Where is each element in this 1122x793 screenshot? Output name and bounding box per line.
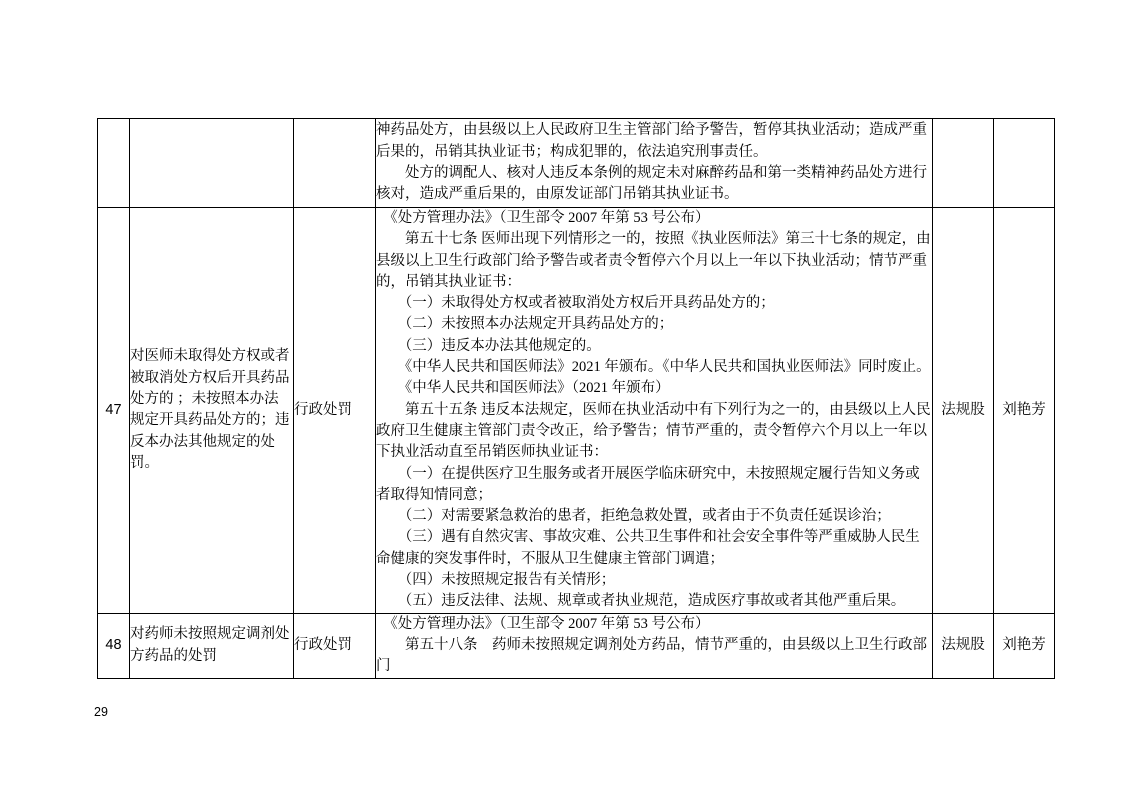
responsible-person-cell: 刘艳芳 (994, 613, 1055, 678)
basis-paragraph: （一）未取得处方权或者被取消处方权后开具药品处方的； (376, 293, 932, 314)
table-row-48: 48 对药师未按照规定调剂处方药品的处罚 行政处罚 《处方管理办法》（卫生部令 … (98, 613, 1055, 678)
table-row-47: 47 对医师未取得处方权或者被取消处方权后开具药品处方的 ；未按照本办法规定开具… (98, 208, 1055, 614)
basis-paragraph: 神药品处方，由县级以上人民政府卫生主管部门给予警告，暂停其执业活动；造成严重后果… (376, 120, 932, 163)
responsible-person-cell: 刘艳芳 (994, 208, 1055, 614)
penalty-type-cell (294, 119, 376, 208)
basis-paragraph: （一）在提供医疗卫生服务或者开展医学临床研究中，未按照规定履行告知义务或者取得知… (376, 464, 932, 507)
page-number: 29 (94, 705, 108, 719)
legal-basis-cell: 《处方管理办法》（卫生部令 2007 年第 53 号公布）第五十七条 医师出现下… (376, 208, 933, 614)
department-cell: 法规股 (933, 208, 994, 614)
penalty-item-cell: 对医师未取得处方权或者被取消处方权后开具药品处方的 ；未按照本办法规定开具药品处… (130, 208, 294, 614)
department-cell (933, 119, 994, 208)
basis-paragraph: 第五十八条 药师未按照规定调剂处方药品，情节严重的，由县级以上卫生行政部门 (376, 635, 932, 678)
basis-paragraph: （二）未按照本办法规定开具药品处方的； (376, 314, 932, 335)
basis-paragraph: （三）遇有自然灾害、事故灾难、公共卫生事件和社会安全事件等严重威胁人民生命健康的… (376, 527, 932, 570)
document-page: 神药品处方，由县级以上人民政府卫生主管部门给予警告，暂停其执业活动；造成严重后果… (0, 0, 1122, 793)
basis-paragraph: 《中华人民共和国医师法》2021 年颁布。《中华人民共和国执业医师法》同时废止。 (376, 357, 932, 378)
penalty-item-cell: 对药师未按照规定调剂处方药品的处罚 (130, 613, 294, 678)
legal-basis-text: 神药品处方，由县级以上人民政府卫生主管部门给予警告，暂停其执业活动；造成严重后果… (376, 120, 932, 205)
department-cell: 法规股 (933, 613, 994, 678)
responsible-person-cell (994, 119, 1055, 208)
penalty-type-cell: 行政处罚 (294, 208, 376, 614)
legal-basis-cell: 神药品处方，由县级以上人民政府卫生主管部门给予警告，暂停其执业活动；造成严重后果… (376, 119, 933, 208)
basis-paragraph: （三）违反本办法其他规定的。 (376, 336, 932, 357)
basis-paragraph: 第五十五条 违反本法规定，医师在执业活动中有下列行为之一的，由县级以上人民政府卫… (376, 400, 932, 464)
basis-paragraph: 第五十七条 医师出现下列情形之一的，按照《执业医师法》第三十七条的规定，由县级以… (376, 229, 932, 293)
basis-paragraph: （四）未按照规定报告有关情形； (376, 570, 932, 591)
basis-paragraph: 处方的调配人、核对人违反本条例的规定未对麻醉药品和第一类精神药品处方进行核对，造… (376, 163, 932, 206)
row-number-cell: 48 (98, 613, 130, 678)
legal-basis-text: 《处方管理办法》（卫生部令 2007 年第 53 号公布）第五十七条 医师出现下… (376, 208, 932, 613)
penalty-type-cell: 行政处罚 (294, 613, 376, 678)
legal-basis-cell: 《处方管理办法》（卫生部令 2007 年第 53 号公布）第五十八条 药师未按照… (376, 613, 933, 678)
basis-paragraph: （五）违反法律、法规、规章或者执业规范，造成医疗事故或者其他严重后果。 (376, 591, 932, 612)
regulation-table: 神药品处方，由县级以上人民政府卫生主管部门给予警告，暂停其执业活动；造成严重后果… (97, 118, 1055, 679)
row-number-cell (98, 119, 130, 208)
table-row-continuation: 神药品处方，由县级以上人民政府卫生主管部门给予警告，暂停其执业活动；造成严重后果… (98, 119, 1055, 208)
row-number-cell: 47 (98, 208, 130, 614)
basis-paragraph: （二）对需要紧急救治的患者，拒绝急救处置，或者由于不负责任延误诊治； (376, 506, 932, 527)
basis-paragraph: 《处方管理办法》（卫生部令 2007 年第 53 号公布） (376, 614, 932, 635)
penalty-item-cell (130, 119, 294, 208)
basis-paragraph: 《中华人民共和国医师法》（2021 年颁布） (376, 378, 932, 399)
legal-basis-text: 《处方管理办法》（卫生部令 2007 年第 53 号公布）第五十八条 药师未按照… (376, 614, 932, 678)
basis-paragraph: 《处方管理办法》（卫生部令 2007 年第 53 号公布） (376, 208, 932, 229)
